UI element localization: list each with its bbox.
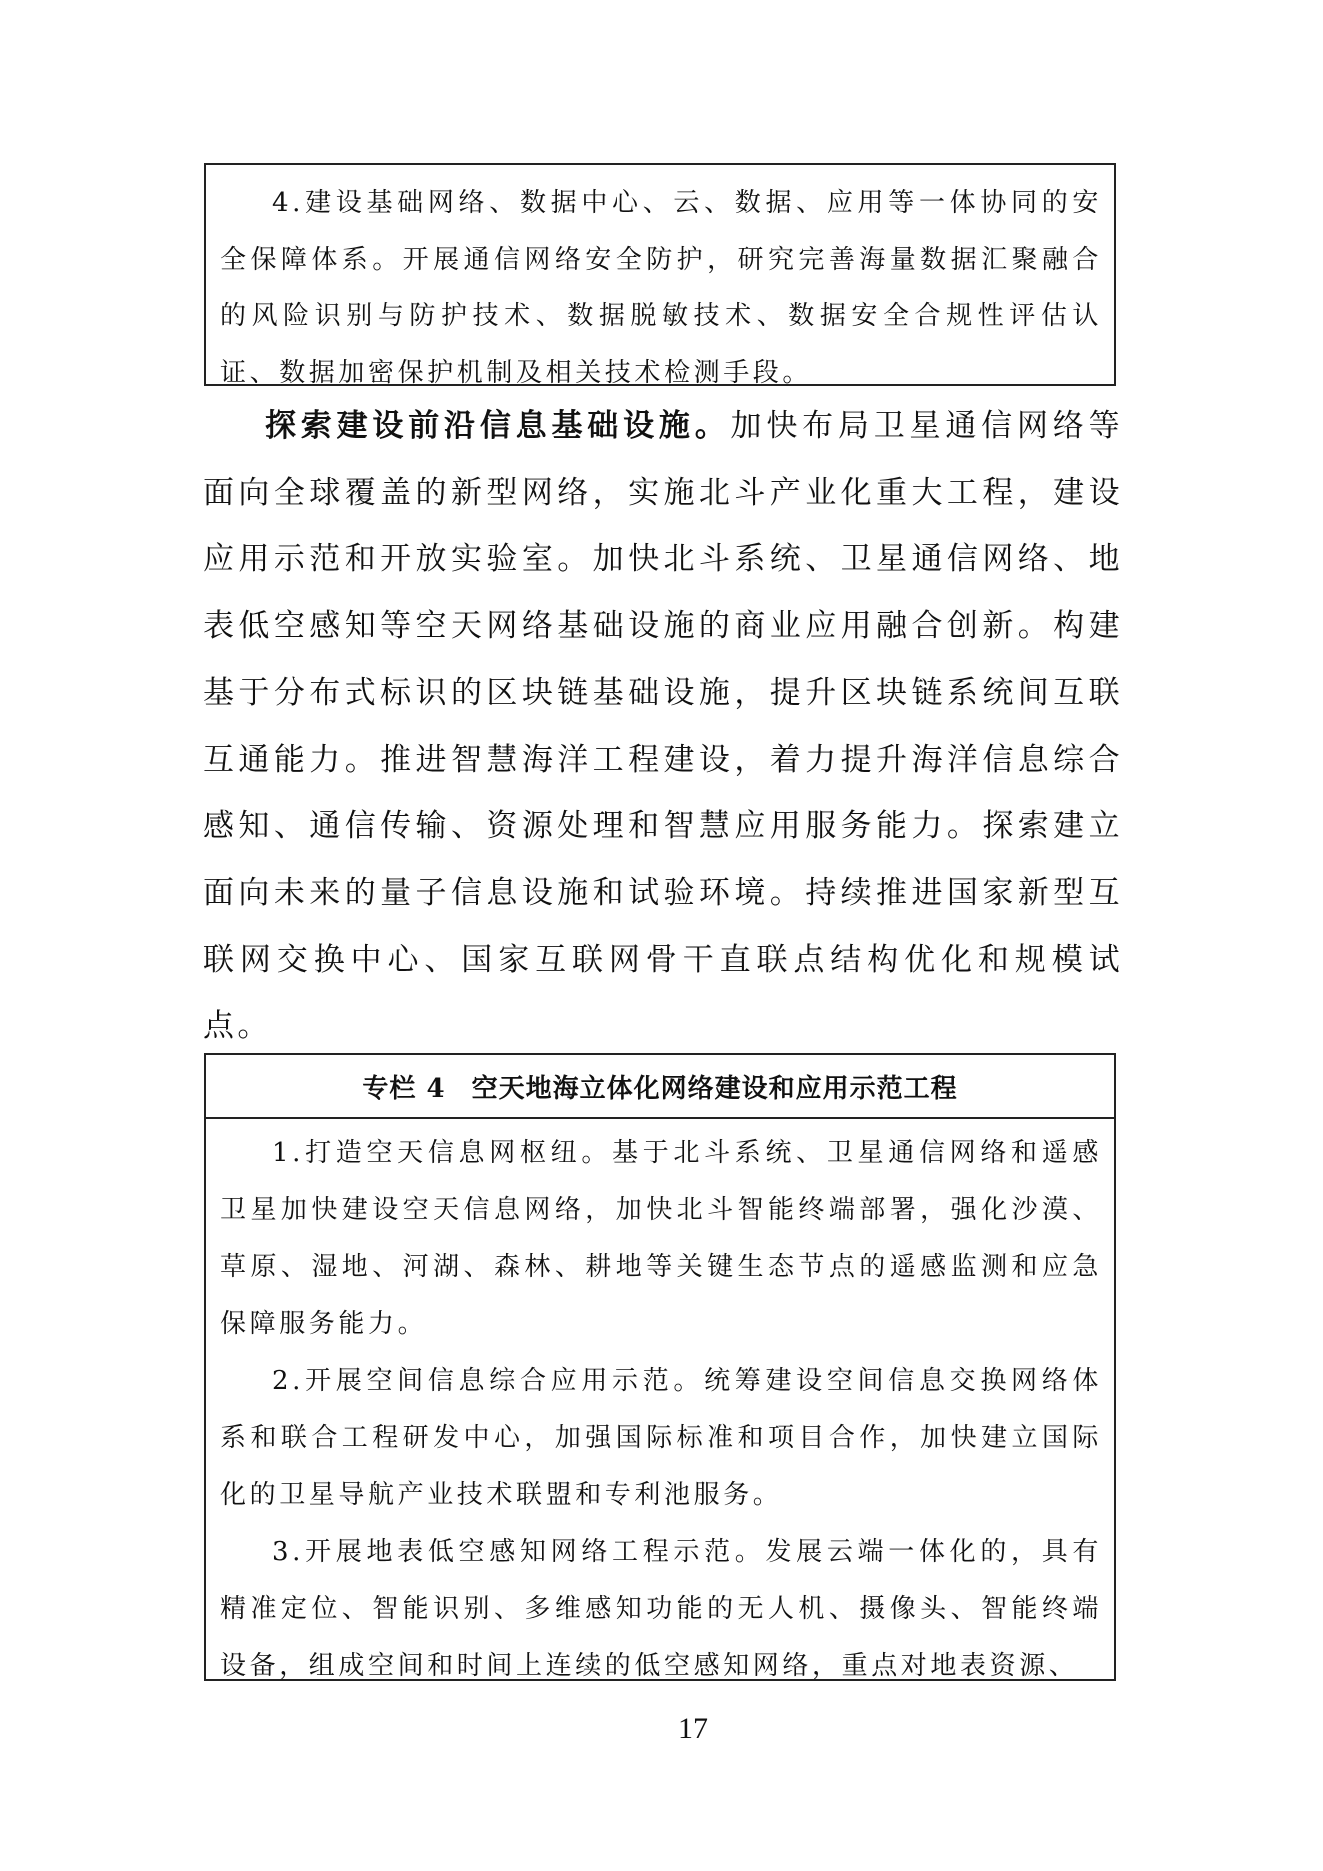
- column-item-1: 1.打造空天信息网枢纽。基于北斗系统、卫星通信网络和遥感卫星加快建设空天信息网络…: [220, 1125, 1102, 1353]
- column-box-header: 专栏 4 空天地海立体化网络建设和应用示范工程: [206, 1055, 1114, 1119]
- column-box-continued: 4.建设基础网络、数据中心、云、数据、应用等一体协同的安全保障体系。开展通信网络…: [204, 163, 1116, 386]
- body-paragraph: 探索建设前沿信息基础设施。加快布局卫星通信网络等面向全球覆盖的新型网络，实施北斗…: [203, 393, 1123, 1060]
- column-label: 专栏 4: [362, 1068, 445, 1105]
- paragraph-body-text: 加快布局卫星通信网络等面向全球覆盖的新型网络，实施北斗产业化重大工程，建设应用示…: [203, 408, 1123, 1044]
- column-box-body: 1.打造空天信息网枢纽。基于北斗系统、卫星通信网络和遥感卫星加快建设空天信息网络…: [206, 1119, 1114, 1695]
- column-item-3: 3.开展地表低空感知网络工程示范。发展云端一体化的，具有精准定位、智能识别、多维…: [220, 1524, 1102, 1695]
- page-number: 17: [661, 1712, 725, 1746]
- column-item-4: 4.建设基础网络、数据中心、云、数据、应用等一体协同的安全保障体系。开展通信网络…: [220, 175, 1102, 401]
- paragraph-lead-heading: 探索建设前沿信息基础设施。: [265, 408, 731, 444]
- column-title: 空天地海立体化网络建设和应用示范工程: [472, 1068, 958, 1105]
- column-box-4: 专栏 4 空天地海立体化网络建设和应用示范工程 1.打造空天信息网枢纽。基于北斗…: [204, 1053, 1116, 1681]
- document-page: 4.建设基础网络、数据中心、云、数据、应用等一体协同的安全保障体系。开展通信网络…: [0, 0, 1323, 1871]
- column-item-2: 2.开展空间信息综合应用示范。统筹建设空间信息交换网络体系和联合工程研发中心，加…: [220, 1353, 1102, 1524]
